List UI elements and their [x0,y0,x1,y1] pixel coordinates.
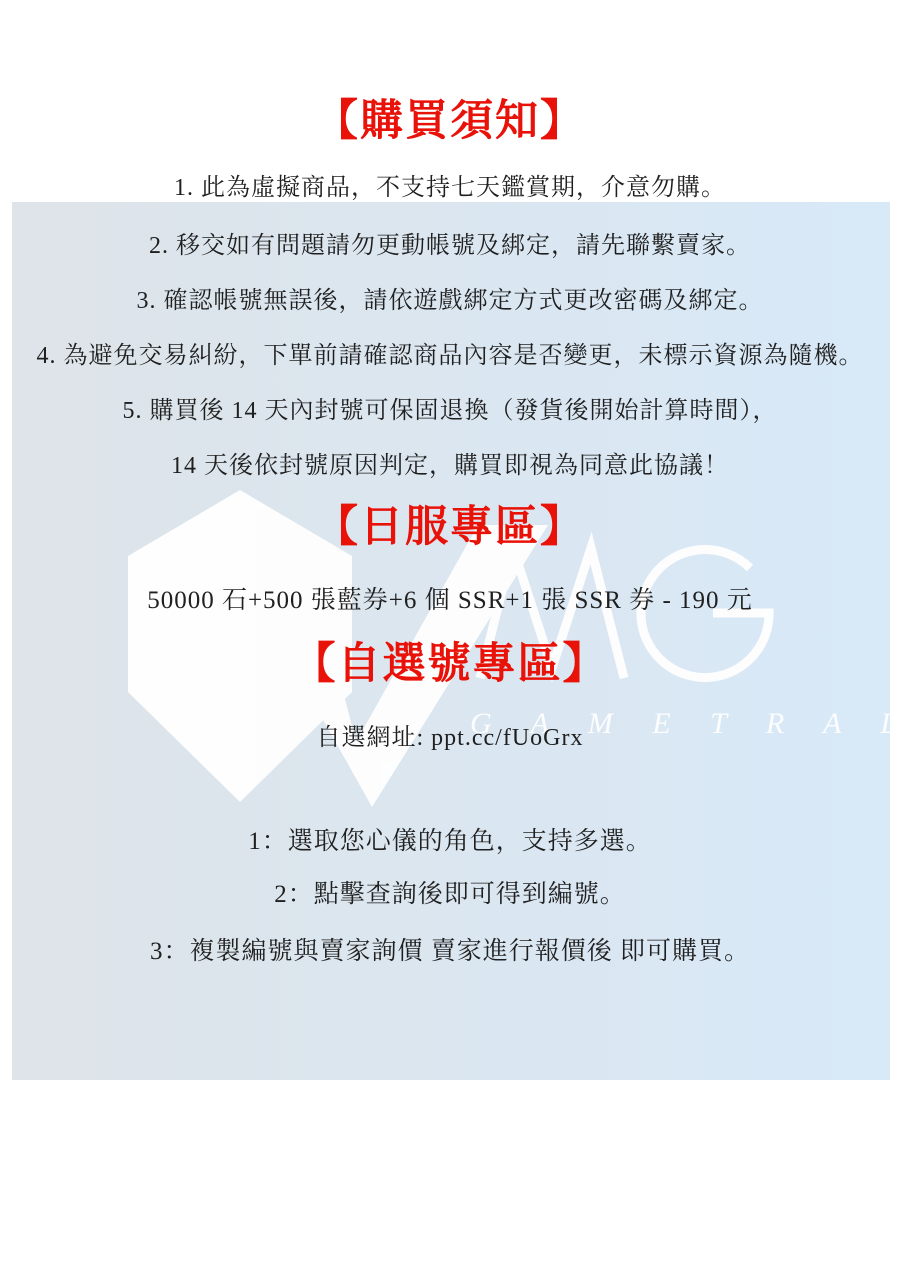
notice-poster: G A M E T R A D E 【購買須知】 1. 此為虛擬商品，不支持七天… [0,0,900,1273]
notice-line-5: 5. 購買後 14 天內封號可保固退換（發貨後開始計算時間）， [0,396,900,426]
jp-section-title: 【日服專區】 [0,501,900,555]
page-title: 【購買須知】 [0,95,900,149]
step-line-3: 3：複製編號與賣家詢價 賣家進行報價後 即可購買。 [0,936,900,967]
notice-line-5b: 14 天後依封號原因判定，購買即視為同意此協議！ [0,451,900,481]
custom-section-title: 【自選號專區】 [0,638,900,692]
custom-url-line: 自選網址: ppt.cc/fUoGrx [0,723,900,753]
notice-line-2: 2. 移交如有問題請勿更動帳號及綁定，請先聯繫賣家。 [0,231,900,261]
step-line-2: 2：點擊查詢後即可得到編號。 [0,879,900,910]
jp-offer-line: 50000 石+500 張藍券+6 個 SSR+1 張 SSR 券 - 190 … [0,585,900,616]
step-line-1: 1：選取您心儀的角色，支持多選。 [0,826,900,857]
notice-line-3: 3. 確認帳號無誤後，請依遊戲綁定方式更改密碼及綁定。 [0,286,900,316]
notice-line-4: 4. 為避免交易糾紛，下單前請確認商品內容是否變更，未標示資源為隨機。 [0,341,900,371]
notice-line-1: 1. 此為虛擬商品，不支持七天鑑賞期，介意勿購。 [0,173,900,203]
